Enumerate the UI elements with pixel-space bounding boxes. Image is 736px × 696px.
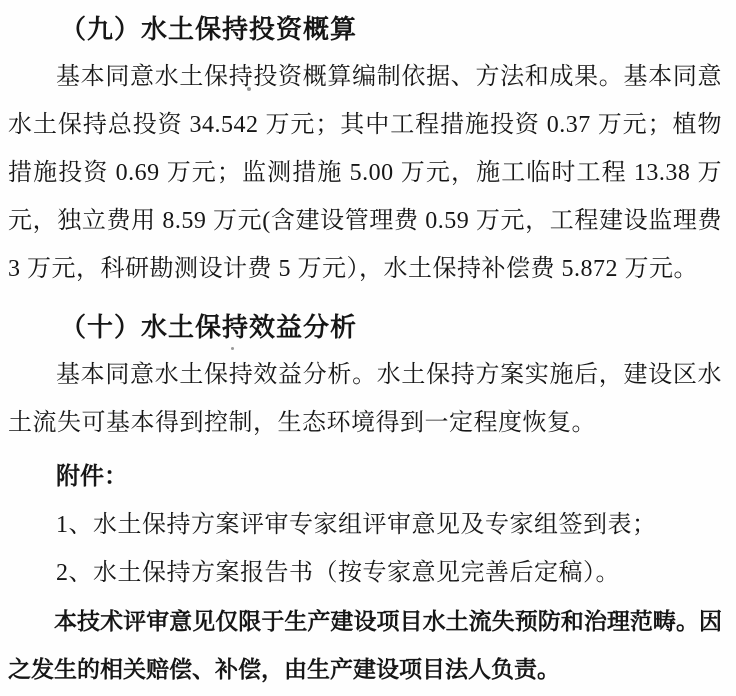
disclaimer-paragraph: 本技术评审意见仅限于生产建设项目水土流失预防和治理范畴。因之发生的相关赔偿、补偿… <box>8 597 722 693</box>
attachments-label: 附件： <box>8 453 722 501</box>
section-ten-paragraph: 基本同意水土保持效益分析。水土保持方案实施后，建设区水土流失可基本得到控制，生态… <box>8 351 722 447</box>
section-nine-paragraph: 基本同意水土保持投资概算编制依据、方法和成果。基本同意水土保持总投资 34.54… <box>8 53 722 293</box>
document-page: （九）水土保持投资概算 基本同意水土保持投资概算编制依据、方法和成果。基本同意水… <box>0 0 736 696</box>
scan-speck <box>231 347 234 350</box>
scanned-document-page: { "document": { "section_nine": { "headi… <box>0 0 736 696</box>
section-ten-heading: （十）水土保持效益分析 <box>8 303 722 351</box>
scan-speck <box>247 87 251 91</box>
attachment-item-1: 1、水土保持方案评审专家组评审意见及专家组签到表； <box>8 501 722 549</box>
attachment-item-2: 2、水土保持方案报告书（按专家意见完善后定稿）。 <box>8 549 722 597</box>
section-nine-heading: （九）水土保持投资概算 <box>8 5 722 53</box>
